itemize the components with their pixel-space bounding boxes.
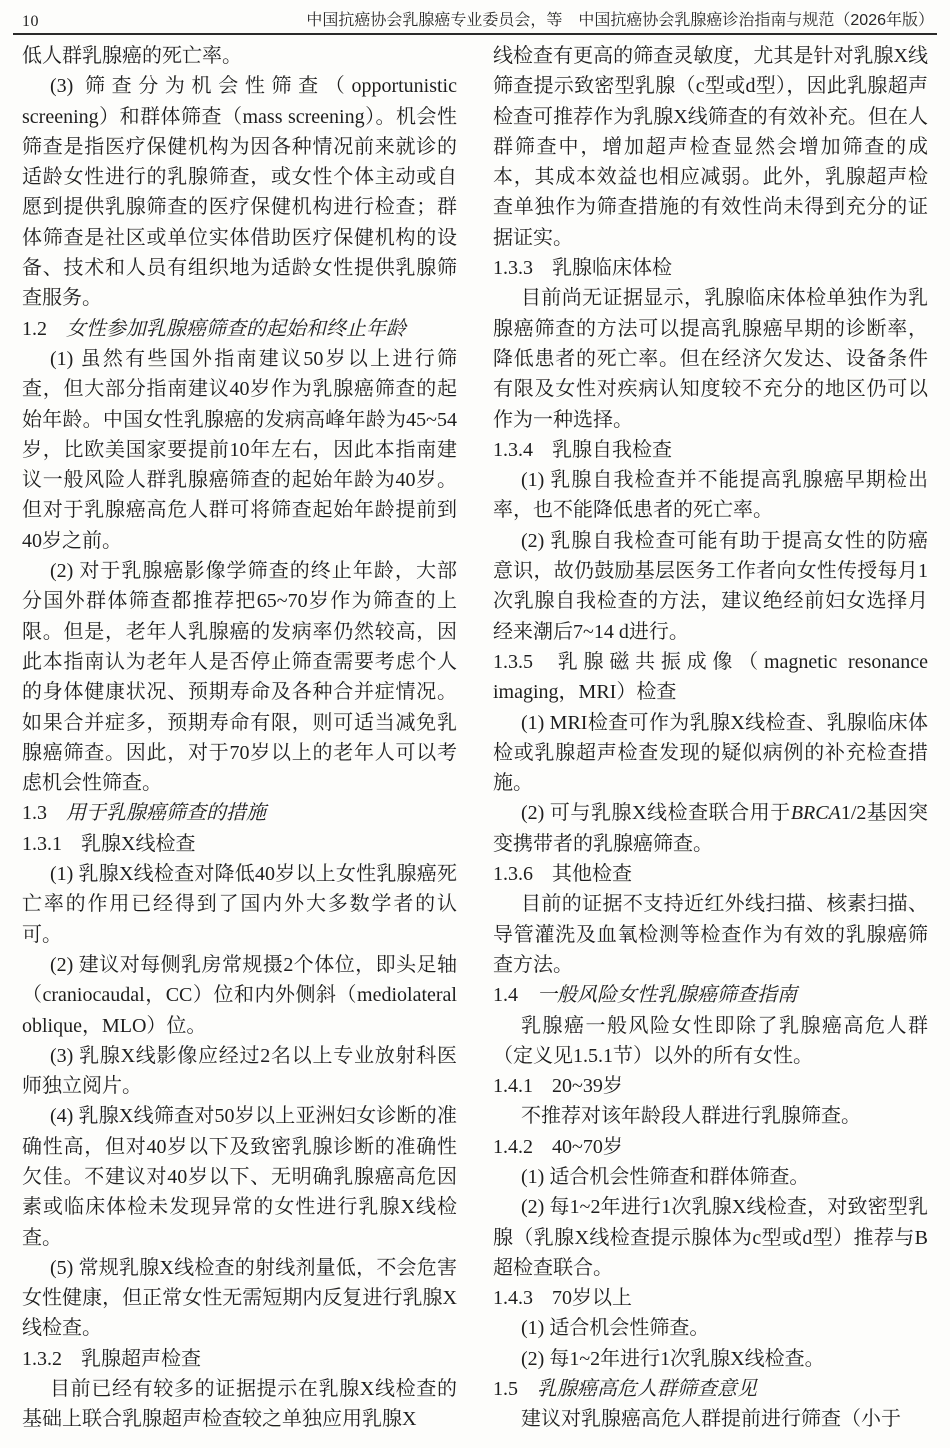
subsection-heading: 1.4.120~39岁 xyxy=(493,1071,928,1101)
section-number: 1.4.3 xyxy=(493,1287,533,1309)
section-title: 乳腺磁共振成像（magnetic resonance imaging，MRI）检… xyxy=(493,651,928,703)
paragraph: (1) 乳腺自我检查并不能提高乳腺癌早期检出率，也不能降低患者的死亡率。 xyxy=(493,465,928,526)
two-column-body: 低人群乳腺癌的死亡率。(3) 筛查分为机会性筛查（opportunistic s… xyxy=(22,41,928,1435)
paragraph-continuation: 低人群乳腺癌的死亡率。 xyxy=(22,41,457,71)
section-title: 乳腺超声检查 xyxy=(81,1348,201,1370)
paragraph: (5) 常规乳腺X线检查的射线剂量低，不会危害女性健康，但正常女性无需短期内反复… xyxy=(22,1253,457,1344)
document-page: 10 中国抗癌协会乳腺癌专业委员会，等中国抗癌协会乳腺癌诊治指南与规范（2026… xyxy=(0,0,950,1448)
column-left: 低人群乳腺癌的死亡率。(3) 筛查分为机会性筛查（opportunistic s… xyxy=(22,41,457,1435)
section-title: 乳腺临床体检 xyxy=(552,257,672,279)
section-heading: 1.3用于乳腺癌筛查的措施 xyxy=(22,798,457,828)
subsection-heading: 1.4.240~70岁 xyxy=(493,1132,928,1162)
section-title: 乳腺癌高危人群筛查意见 xyxy=(537,1378,757,1400)
subsection-heading: 1.3.4乳腺自我检查 xyxy=(493,435,928,465)
paragraph: 不推荐对该年龄段人群进行乳腺筛查。 xyxy=(493,1101,928,1131)
header-authors: 中国抗癌协会乳腺癌专业委员会，等 xyxy=(306,12,562,29)
section-number: 1.3.2 xyxy=(22,1348,62,1370)
paragraph: 目前已经有较多的证据提示在乳腺X线检查的基础上联合乳腺超声检查较之单独应用乳腺X xyxy=(22,1374,457,1435)
paragraph: (1) 乳腺X线检查对降低40岁以上女性乳腺癌死亡率的作用已经得到了国内外大多数… xyxy=(22,859,457,950)
section-heading: 1.5乳腺癌高危人群筛查意见 xyxy=(493,1374,928,1404)
section-number: 1.3.6 xyxy=(493,863,533,885)
column-right: 线检查有更高的筛查灵敏度，尤其是针对乳腺X线筛查提示致密型乳腺（c型或d型），因… xyxy=(493,41,928,1435)
section-heading: 1.2女性参加乳腺癌筛查的起始和终止年龄 xyxy=(22,314,457,344)
paragraph: (3) 筛查分为机会性筛查（opportunistic screening）和群… xyxy=(22,71,457,313)
section-title: 40~70岁 xyxy=(552,1136,623,1158)
header-rule xyxy=(13,33,937,35)
section-number: 1.3.5 xyxy=(493,651,533,673)
section-number: 1.4.1 xyxy=(493,1075,533,1097)
paragraph: 建议对乳腺癌高危人群提前进行筛查（小于 xyxy=(493,1404,928,1434)
subsection-heading: 1.3.6其他检查 xyxy=(493,859,928,889)
paragraph: 目前尚无证据显示，乳腺临床体检单独作为乳腺癌筛查的方法可以提高乳腺癌早期的诊断率… xyxy=(493,283,928,434)
section-title: 乳腺X线检查 xyxy=(81,833,195,855)
section-title: 其他检查 xyxy=(552,863,632,885)
section-title: 用于乳腺癌筛查的措施 xyxy=(66,802,266,824)
paragraph: (2) 乳腺自我检查可能有助于提高女性的防癌意识，故仍鼓励基层医务工作者向女性传… xyxy=(493,526,928,647)
subsection-heading: 1.3.2乳腺超声检查 xyxy=(22,1344,457,1374)
subsection-heading: 1.3.1乳腺X线检查 xyxy=(22,829,457,859)
section-title: 20~39岁 xyxy=(552,1075,623,1097)
section-title: 70岁以上 xyxy=(552,1287,632,1309)
paragraph: 乳腺癌一般风险女性即除了乳腺癌高危人群（定义见1.5.1节）以外的所有女性。 xyxy=(493,1011,928,1072)
paragraph: (2) 对于乳腺癌影像学筛查的终止年龄，大部分国外群体筛查都推荐把65~70岁作… xyxy=(22,556,457,798)
section-number: 1.3.3 xyxy=(493,257,533,279)
paragraph: (3) 乳腺X线影像应经过2名以上专业放射科医师独立阅片。 xyxy=(22,1041,457,1102)
section-title: 女性参加乳腺癌筛查的起始和终止年龄 xyxy=(66,318,406,340)
paragraph: (4) 乳腺X线筛查对50岁以上亚洲妇女诊断的准确性高，但对40岁以下及致密乳腺… xyxy=(22,1101,457,1252)
header-publication: 中国抗癌协会乳腺癌诊治指南与规范（2026年版） xyxy=(578,12,934,29)
section-heading: 1.4一般风险女性乳腺癌筛查指南 xyxy=(493,980,928,1010)
paragraph: (1) 适合机会性筛查。 xyxy=(493,1313,928,1343)
section-number: 1.3.1 xyxy=(22,833,62,855)
paragraph: (1) 虽然有些国外指南建议50岁以上进行筛查，但大部分指南建议40岁作为乳腺癌… xyxy=(22,344,457,556)
paragraph: (1) 适合机会性筛查和群体筛查。 xyxy=(493,1162,928,1192)
section-number: 1.5 xyxy=(493,1378,518,1400)
paragraph: (2) 可与乳腺X线检查联合用于BRCA1/2基因突变携带者的乳腺癌筛查。 xyxy=(493,798,928,859)
section-number: 1.3 xyxy=(22,802,47,824)
section-number: 1.4 xyxy=(493,984,518,1006)
running-header-title: 中国抗癌协会乳腺癌专业委员会，等中国抗癌协会乳腺癌诊治指南与规范（2026年版） xyxy=(306,7,934,30)
subsection-heading: 1.4.370岁以上 xyxy=(493,1283,928,1313)
section-title: 乳腺自我检查 xyxy=(552,439,672,461)
section-title: 一般风险女性乳腺癌筛查指南 xyxy=(537,984,797,1006)
section-number: 1.2 xyxy=(22,318,47,340)
page-number: 10 xyxy=(22,13,39,31)
subsection-heading: 1.3.3乳腺临床体检 xyxy=(493,253,928,283)
paragraph: (2) 每1~2年进行1次乳腺X线检查。 xyxy=(493,1344,928,1374)
paragraph: 目前的证据不支持近红外线扫描、核素扫描、导管灌洗及血氧检测等检查作为有效的乳腺癌… xyxy=(493,889,928,980)
section-number: 1.4.2 xyxy=(493,1136,533,1158)
paragraph: (2) 每1~2年进行1次乳腺X线检查，对致密型乳腺（乳腺X线检查提示腺体为c型… xyxy=(493,1192,928,1283)
running-header: 10 中国抗癌协会乳腺癌专业委员会，等中国抗癌协会乳腺癌诊治指南与规范（2026… xyxy=(20,8,934,32)
paragraph: (2) 建议对每侧乳房常规摄2个体位，即头足轴（craniocaudal，CC）… xyxy=(22,950,457,1041)
section-number: 1.3.4 xyxy=(493,439,533,461)
paragraph: (1) MRI检查可作为乳腺X线检查、乳腺临床体检或乳腺超声检查发现的疑似病例的… xyxy=(493,708,928,799)
subsection-heading: 1.3.5乳腺磁共振成像（magnetic resonance imaging，… xyxy=(493,647,928,708)
paragraph-continuation: 线检查有更高的筛查灵敏度，尤其是针对乳腺X线筛查提示致密型乳腺（c型或d型），因… xyxy=(493,41,928,253)
